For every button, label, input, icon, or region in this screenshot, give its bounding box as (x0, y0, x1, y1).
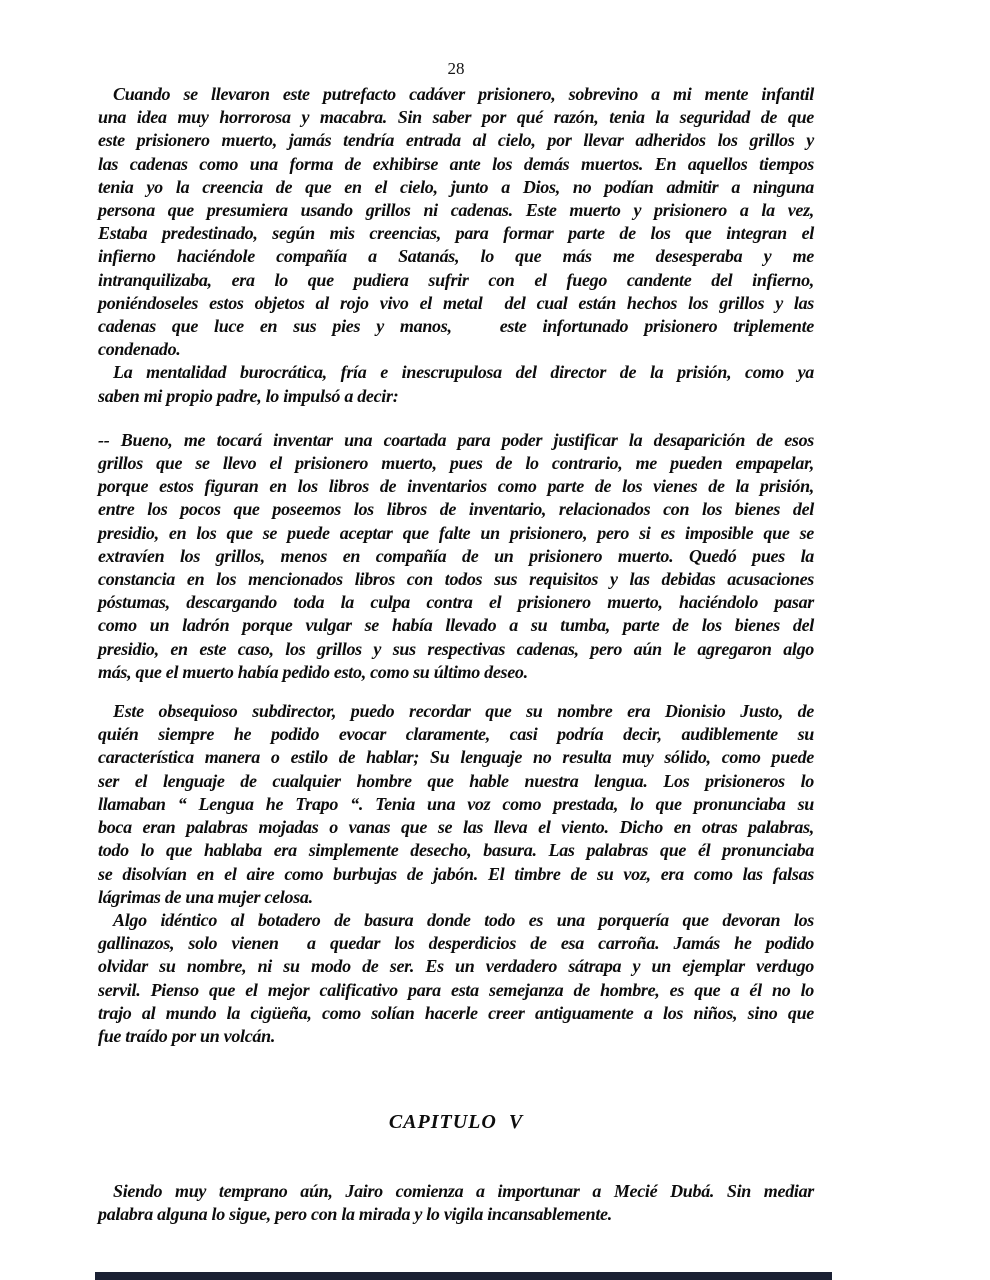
text-line: todo lo que hablaba era simplemente dese… (98, 839, 814, 862)
text-line: quién siempre he podido evocar clarament… (98, 723, 814, 746)
text-line: intranquilizaba, era lo que pudiera sufr… (98, 269, 814, 292)
text-line: cadenas que luce en sus pies y manos, es… (98, 315, 814, 338)
text-line: fue traído por un volcán. (98, 1025, 814, 1048)
text-line: póstumas, descargando toda la culpa cont… (98, 591, 814, 614)
footer-bar (95, 1272, 832, 1280)
paragraph: Algo idéntico al botadero de basura dond… (98, 909, 814, 1048)
text-line: característica manera o estilo de hablar… (98, 746, 814, 769)
text-flow: Cuando se llevaron este putrefacto cadáv… (98, 83, 814, 1227)
text-line: infierno haciéndole compañía a Satanás, … (98, 245, 814, 268)
book-page: 28 Cuando se llevaron este putrefacto ca… (0, 0, 990, 1280)
text-line: las cadenas como una forma de exhibirse … (98, 153, 814, 176)
text-line: porque estos figuran en los libros de in… (98, 475, 814, 498)
text-line: extravíen los grillos, menos en compañía… (98, 545, 814, 568)
paragraph: La mentalidad burocrática, fría e inescr… (98, 361, 814, 407)
text-line: más, que el muerto había pedido esto, co… (98, 661, 814, 684)
text-line: trajo al mundo la cigüeña, como solían h… (98, 1002, 814, 1025)
text-line: Algo idéntico al botadero de basura dond… (98, 909, 814, 932)
text-line: ser el lenguaje de cualquier hombre que … (98, 770, 814, 793)
text-line: condenado. (98, 338, 814, 361)
chapter-heading: CAPITULO V (98, 1110, 814, 1134)
text-line: constancia en los mencionados libros con… (98, 568, 814, 591)
text-line: Estaba predestinado, según mis creencias… (98, 222, 814, 245)
text-line: boca eran palabras mojadas o vanas que s… (98, 816, 814, 839)
text-line: palabra alguna lo sigue, pero con la mir… (98, 1203, 814, 1226)
text-line: como un ladrón porque vulgar se había ll… (98, 614, 814, 637)
text-line: Cuando se llevaron este putrefacto cadáv… (98, 83, 814, 106)
text-line: este prisionero muerto, jamás tendría en… (98, 129, 814, 152)
text-line: entre los pocos que poseemos los libros … (98, 498, 814, 521)
text-line: Siendo muy temprano aún, Jairo comienza … (98, 1180, 814, 1203)
text-line: se disolvían en el aire como burbujas de… (98, 863, 814, 886)
text-line: presidio, en los que se puede aceptar qu… (98, 522, 814, 545)
text-line: saben mi propio padre, lo impulsó a deci… (98, 385, 814, 408)
text-line: -- Bueno, me tocará inventar una coartad… (98, 429, 814, 452)
paragraph: -- Bueno, me tocará inventar una coartad… (98, 429, 814, 684)
text-line: llamaban “ Lengua he Trapo “. Tenia una … (98, 793, 814, 816)
paragraph: Cuando se llevaron este putrefacto cadáv… (98, 83, 814, 361)
text-line: tenia yo la creencia de que en el cielo,… (98, 176, 814, 199)
text-line: Este obsequioso subdirector, puedo recor… (98, 700, 814, 723)
text-line: una idea muy horrorosa y macabra. Sin sa… (98, 106, 814, 129)
text-line: poniéndoseles estos objetos al rojo vivo… (98, 292, 814, 315)
text-line: gallinazos, solo vienen a quedar los des… (98, 932, 814, 955)
text-line: grillos que se llevo el prisionero muert… (98, 452, 814, 475)
paragraph: Siendo muy temprano aún, Jairo comienza … (98, 1180, 814, 1226)
text-column: 28 Cuando se llevaron este putrefacto ca… (98, 0, 814, 1227)
text-line: presidio, en este caso, los grillos y su… (98, 638, 814, 661)
text-line: lágrimas de una mujer celosa. (98, 886, 814, 909)
text-line: persona que presumiera usando grillos ni… (98, 199, 814, 222)
page-number: 28 (98, 57, 814, 80)
paragraph: Este obsequioso subdirector, puedo recor… (98, 700, 814, 909)
text-line: La mentalidad burocrática, fría e inescr… (98, 361, 814, 384)
text-line: servil. Pienso que el mejor calificativo… (98, 979, 814, 1002)
text-line: olvidar su nombre, ni su modo de ser. Es… (98, 955, 814, 978)
